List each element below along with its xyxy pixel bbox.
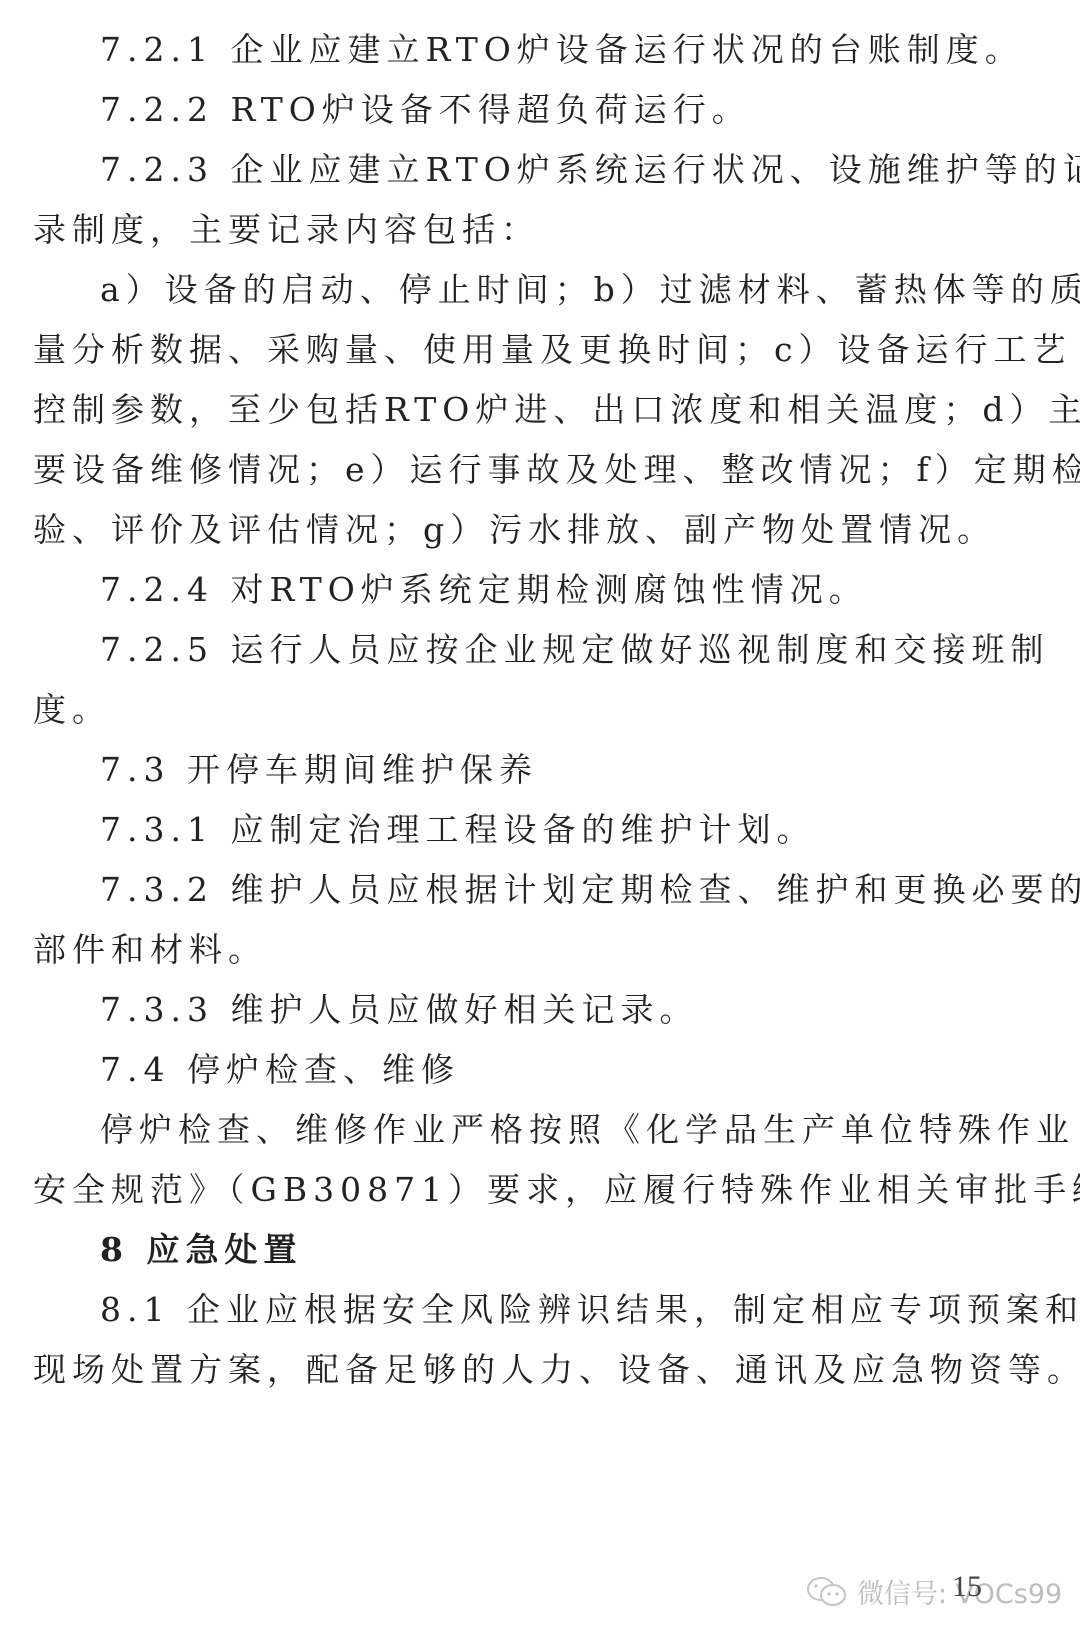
clause-7-3-3: 7.3.3 维护人员应做好相关记录。: [100, 990, 698, 1030]
record-list-line-5: 验、评价及评估情况；g）污水排放、副产物处置情况。: [33, 510, 996, 550]
clause-7-3-2-line-1: 7.3.2 维护人员应根据计划定期检查、维护和更换必要的: [100, 870, 1080, 910]
clause-7-3-1: 7.3.1 应制定治理工程设备的维护计划。: [100, 810, 815, 850]
section-7-4-body-line-2: 安全规范》（GB30871）要求，应履行特殊作业相关审批手续。: [33, 1170, 1080, 1210]
record-list-line-4: 要设备维修情况；e）运行事故及处理、整改情况；f）定期检: [33, 450, 1080, 490]
record-list-line-3: 控制参数，至少包括RTO炉进、出口浓度和相关温度；d）主: [33, 390, 1080, 430]
clause-7-2-4: 7.2.4 对RTO炉系统定期检测腐蚀性情况。: [100, 570, 868, 610]
section-heading-7-3: 7.3 开停车期间维护保养: [100, 750, 538, 790]
chapter-heading-8: 8 应急处置: [100, 1230, 302, 1270]
clause-7-2-3-line-1: 7.2.3 企业应建立RTO炉系统运行状况、设施维护等的记: [100, 150, 1080, 190]
clause-7-3-2-line-2: 部件和材料。: [33, 930, 267, 970]
record-list-line-1: a）设备的启动、停止时间；b）过滤材料、蓄热体等的质: [100, 270, 1080, 310]
record-list-line-2: 量分析数据、采购量、使用量及更换时间；c）设备运行工艺: [33, 330, 1071, 370]
clause-7-2-2: 7.2.2 RTO炉设备不得超负荷运行。: [100, 90, 751, 130]
wechat-watermark: 微信号: VOCs99: [805, 1572, 1062, 1611]
clause-7-2-3-line-2: 录制度，主要记录内容包括：: [33, 210, 540, 250]
clause-7-2-1: 7.2.1 企业应建立RTO炉设备运行状况的台账制度。: [100, 30, 1024, 70]
wechat-icon: [805, 1575, 849, 1609]
section-7-4-body-line-1: 停炉检查、维修作业严格按照《化学品生产单位特殊作业: [100, 1110, 1075, 1150]
section-heading-7-4: 7.4 停炉检查、维修: [100, 1050, 460, 1090]
clause-8-1-line-1: 8.1 企业应根据安全风险辨识结果，制定相应专项预案和: [100, 1290, 1080, 1330]
clause-7-2-5-line-1: 7.2.5 运行人员应按企业规定做好巡视制度和交接班制: [100, 630, 1049, 670]
clause-7-2-5-line-2: 度。: [33, 690, 111, 730]
document-page: 7.2.1 企业应建立RTO炉设备运行状况的台账制度。 7.2.2 RTO炉设备…: [0, 0, 1080, 1649]
page-number: 15: [952, 1570, 982, 1604]
clause-8-1-line-2: 现场处置方案，配备足够的人力、设备、通讯及应急物资等。: [33, 1350, 1080, 1390]
